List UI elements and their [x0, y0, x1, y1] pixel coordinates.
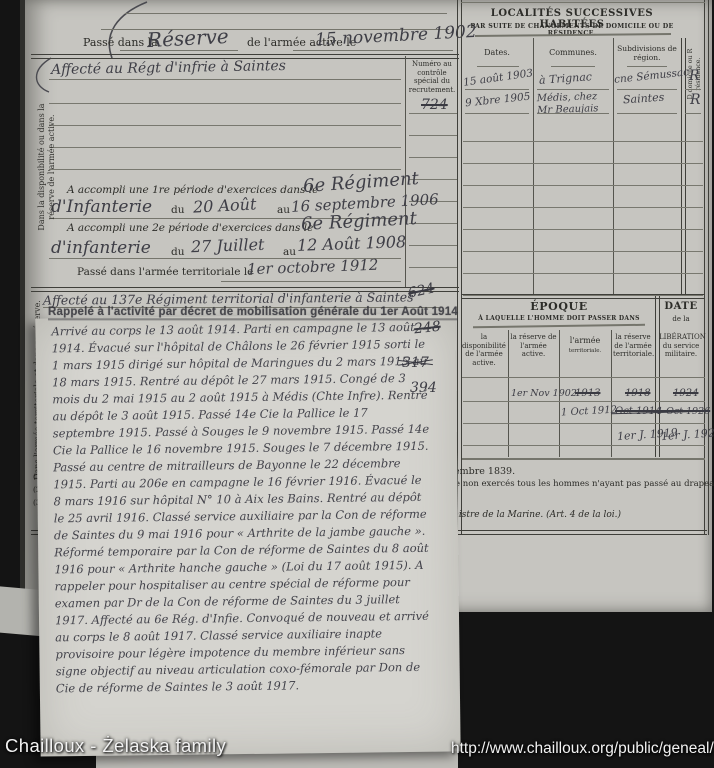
- header-underline: [477, 66, 519, 67]
- periode2-au: au: [283, 246, 296, 258]
- epoque-res-terr-struck1: 1918: [625, 388, 650, 399]
- margin-number-248: 248: [413, 319, 441, 338]
- watermark-url: http://www.chailloux.org/public/geneal/: [451, 740, 714, 758]
- armee-active-date: 15 novembre 1902: [315, 22, 478, 50]
- epoque-liberation-struck1: 1924: [673, 388, 698, 399]
- margin-number-317: 317: [402, 355, 429, 371]
- numero-controle-value: 724: [421, 97, 448, 113]
- ruled-line: [293, 50, 453, 51]
- row-line: [537, 89, 609, 90]
- numero-controle-header: Numéro au contrôle spécial du recrutemen…: [407, 60, 457, 94]
- panel-divider: [457, 0, 462, 535]
- localites-row-dr: R: [689, 68, 700, 84]
- ruled-line: [221, 281, 401, 282]
- periode1-au: au: [277, 204, 290, 216]
- localites-col-subdiv: Subdivisions de région.: [615, 44, 679, 62]
- epoque-territoriale-struck: 1913: [575, 388, 600, 399]
- header-underline: [627, 66, 667, 67]
- periode2-label: A accompli une 2e période d'exercices da…: [67, 222, 313, 234]
- epoque-title: ÉPOQUE: [461, 300, 657, 313]
- epoque-subtitle: À LAQUELLE L'HOMME DOIT PASSER DANS: [461, 315, 657, 322]
- header-underline: [462, 377, 705, 378]
- legal-line3: Ministre de la Marine. (Art. 4 de la loi…: [441, 510, 621, 520]
- title-underline: [473, 324, 645, 328]
- section-divider: [461, 294, 705, 299]
- periode1-label: A accompli une 1re période d'exercices d…: [67, 184, 318, 196]
- epoque-col4: la réserve de l'armée territoriale.: [613, 333, 653, 359]
- ruled-line: [49, 79, 401, 80]
- row-line: [537, 113, 609, 114]
- epoque-reserve-active: 1er Nov 1902: [511, 388, 577, 399]
- watermark-family: Chailloux - Żelaska family: [5, 735, 226, 757]
- campaign-notes: Arrivé au corps le 13 août 1914. Parti e…: [51, 319, 434, 698]
- row-line: [465, 113, 529, 114]
- empty-rows: [463, 120, 703, 296]
- localites-col-communes: Communes.: [535, 48, 611, 57]
- periode1-du: du: [171, 204, 184, 216]
- territoriale-date: 1er octobre 1912: [247, 256, 379, 279]
- legal-line2: comme non exercés tous les hommes n'ayan…: [429, 479, 714, 489]
- epoque-date-col: LIBÉRATION du service militaire.: [659, 333, 703, 359]
- epoque-col3-main: l'armée: [561, 336, 609, 345]
- date-subtitle: de la: [657, 315, 705, 323]
- scanned-military-record: Passé dans la Réserve de l'armée active …: [0, 0, 714, 768]
- row-line: [617, 89, 677, 90]
- epoque-col3-sub: territoriale.: [561, 347, 609, 356]
- periode2-debut: 27 Juillet: [191, 235, 265, 257]
- ruled-line: [125, 13, 447, 14]
- row-line: [685, 113, 701, 114]
- localites-row-date: 15 août 1903: [463, 67, 534, 89]
- epoque-col1: la disponibilité de l'armée active.: [462, 333, 506, 367]
- overlaid-notes-sheet: Arrivé au corps le 13 août 1914. Parti e…: [35, 313, 460, 756]
- row-line: [465, 89, 529, 90]
- periode2-du: du: [171, 246, 184, 258]
- row-line: [685, 89, 701, 90]
- periode1-arme: d'Infanterie: [51, 197, 152, 217]
- localites-row-date: 9 Xbre 1905: [465, 91, 531, 110]
- ruled-area: [49, 82, 401, 174]
- periode2-arme: d'infanterie: [51, 238, 151, 258]
- localites-row-subdiv: Saintes: [623, 91, 665, 107]
- mobilisation-stamp: Rappelé à l'activité par décret de mobil…: [48, 306, 458, 321]
- margin-label-disponibilite: Dans la disponibilité ou dans la réserve…: [37, 91, 59, 243]
- ruled-line: [120, 50, 238, 51]
- territoriale-label: Passé dans l'armée territoriale le: [77, 266, 253, 278]
- row-line: [617, 113, 677, 114]
- date-title: DATE: [657, 301, 705, 312]
- periode2-fin: 12 Août 1908: [297, 232, 407, 255]
- passe-reserve-value: Réserve: [146, 24, 229, 52]
- localites-row-subdiv: cne Sémussac: [614, 66, 690, 86]
- periode1-debut: 20 Août: [193, 194, 257, 216]
- header-underline: [551, 66, 595, 67]
- margin-number-394: 394: [410, 380, 437, 396]
- epoque-bottom: [462, 458, 705, 460]
- localites-row-dr: R: [690, 92, 701, 108]
- affectation-regiment: Affecté au Régt d'infrie à Saintes: [51, 58, 286, 78]
- localites-col-dates: Dates.: [463, 48, 531, 57]
- localites-row-commune: à Trignac: [539, 70, 593, 87]
- panel-top-border: [461, 2, 705, 3]
- epoque-col2: la réserve de l'armée active.: [510, 333, 557, 359]
